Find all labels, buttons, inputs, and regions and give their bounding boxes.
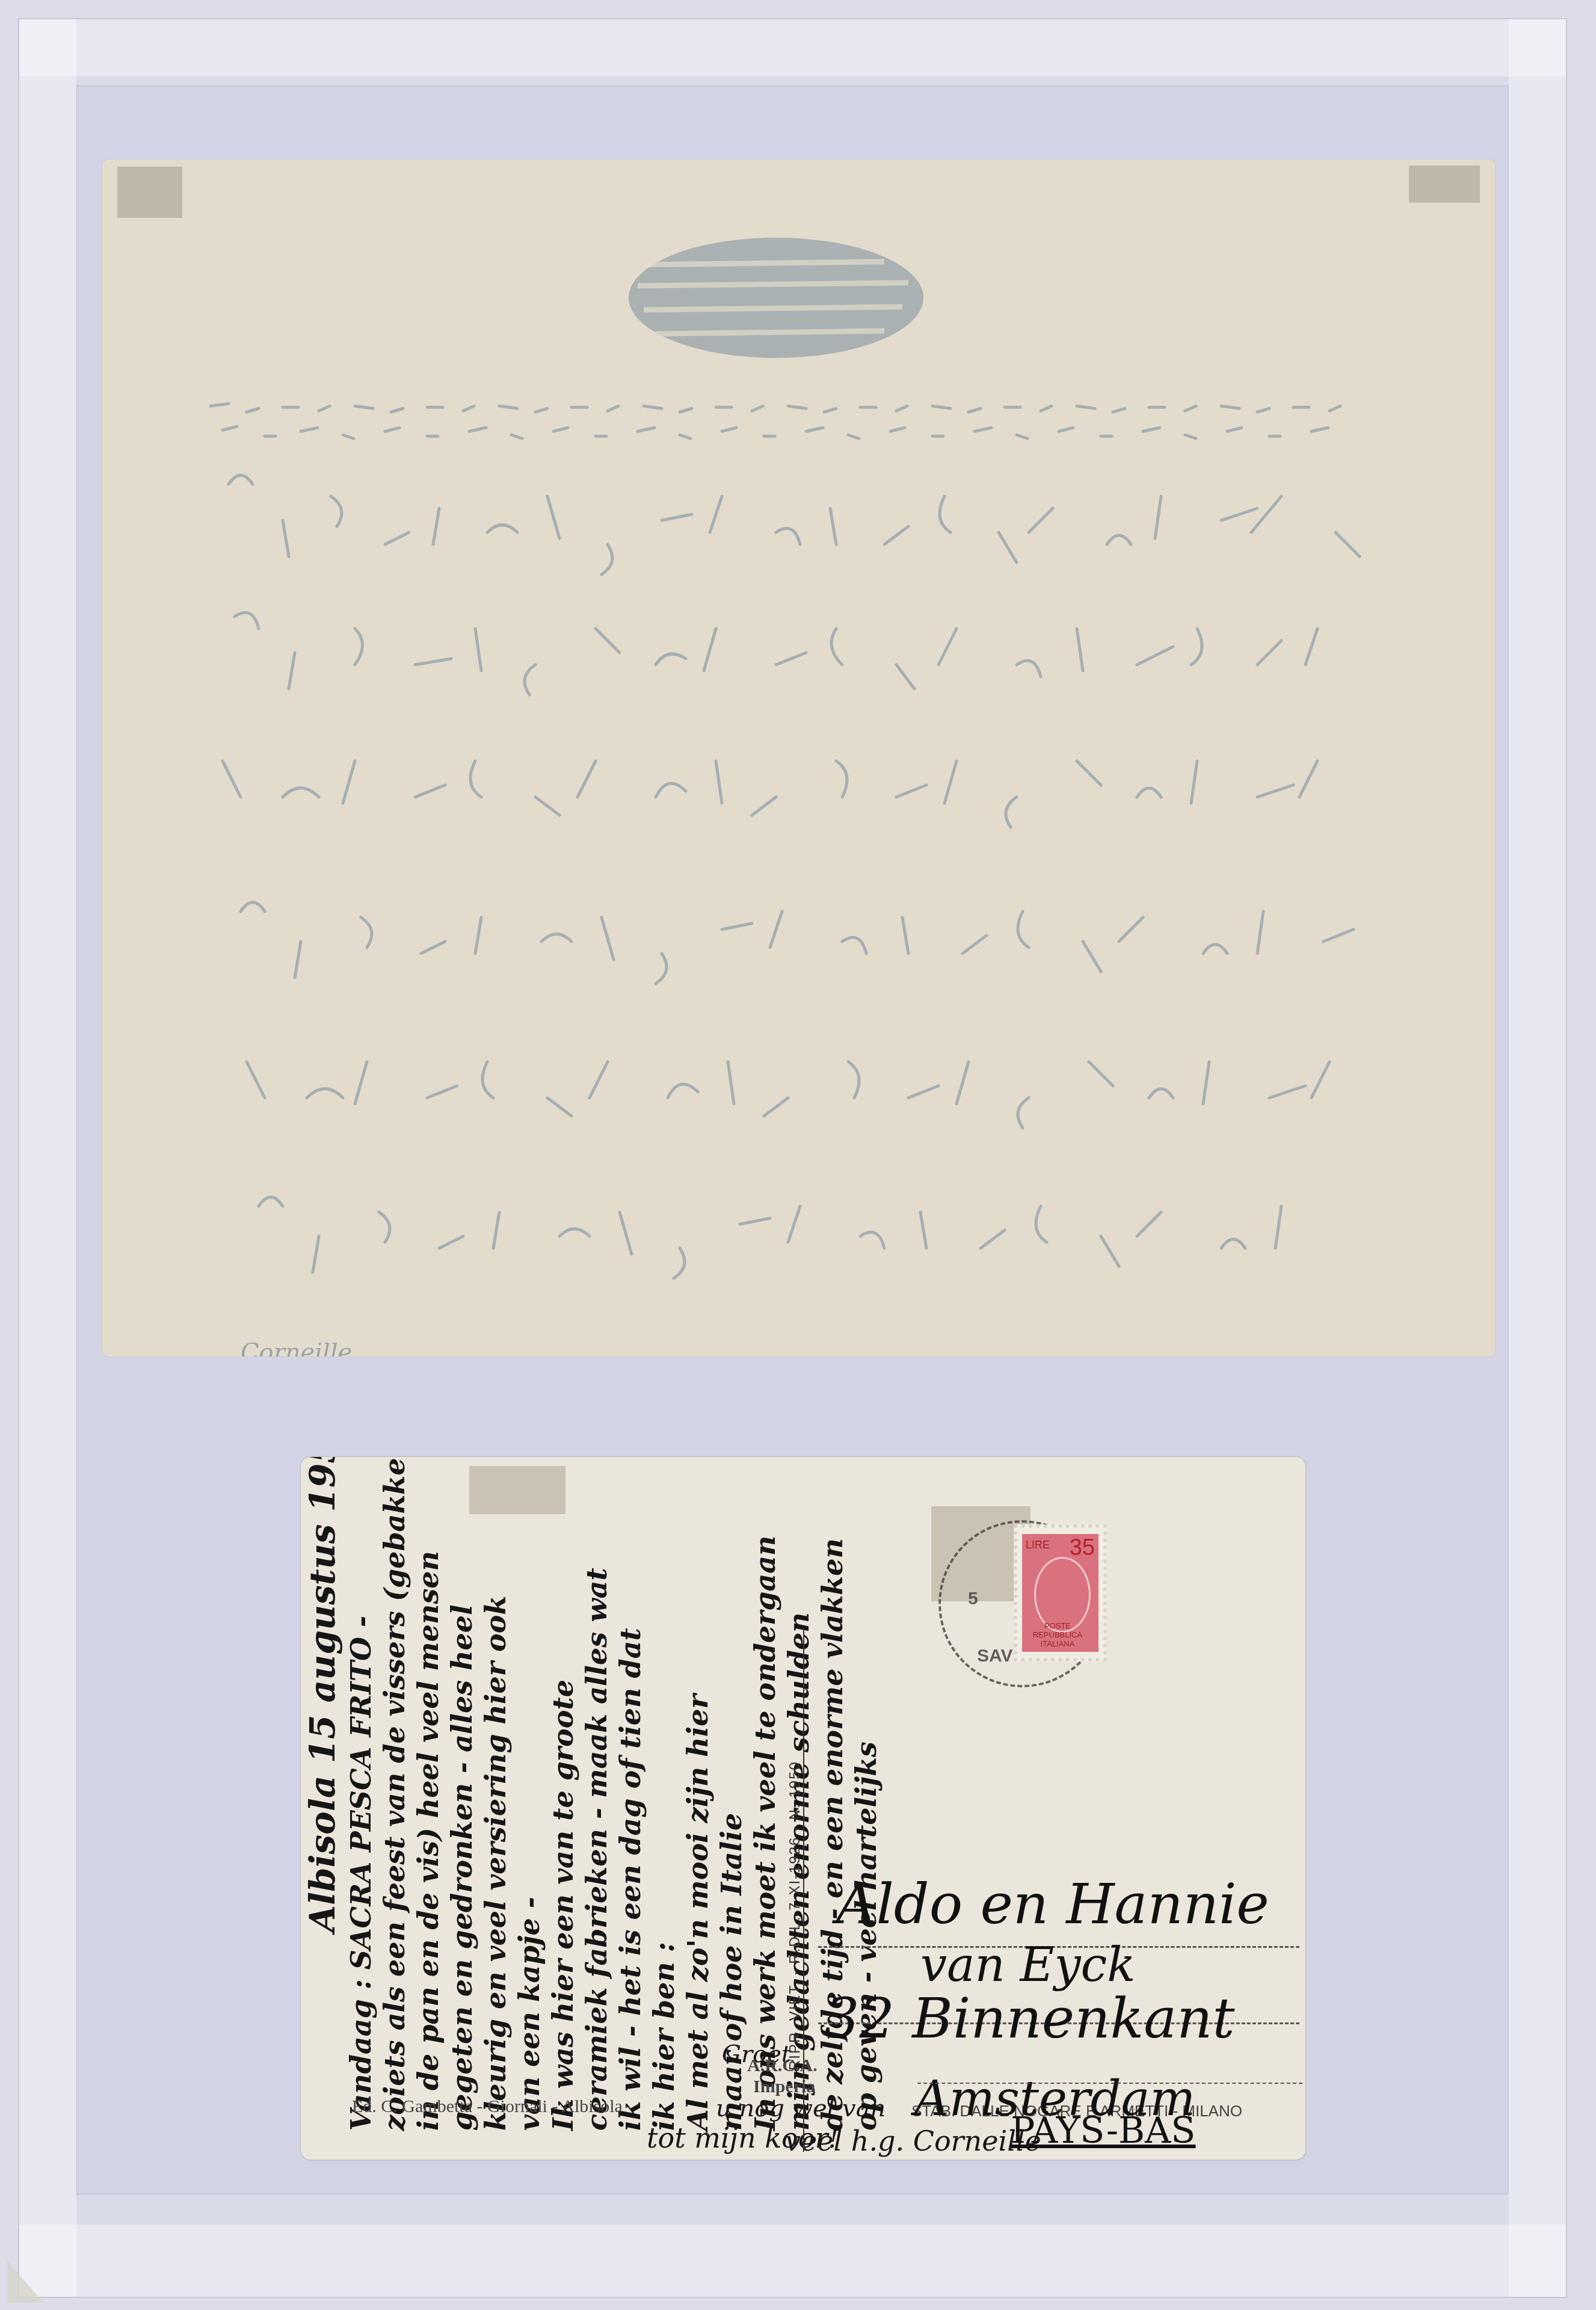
message-line: ik wil - het is een dag of tien dat — [614, 1469, 647, 2131]
drawing-sheet: Corneille — [102, 159, 1495, 1357]
address-recipient: Aldo en Hannie — [836, 1872, 1269, 1936]
artist-signature: Corneille — [241, 1338, 352, 1357]
address-street: 32 Binnenkant — [824, 1986, 1234, 2051]
postage-stamp: LIRE 35 POSTE REPUBBLICA ITALIANA — [1014, 1524, 1107, 1662]
message-line: Vandaag : SACRA PESCA FRITO - — [344, 1469, 378, 2131]
publisher-imperia: Imperia — [753, 2077, 815, 2097]
message-line: maar of hoe in Italie — [715, 1469, 748, 2131]
message-line: kleurig en veel versiering hier ook — [479, 1469, 513, 2131]
publisher-arca: A.R.C.A. — [747, 2056, 818, 2076]
message-line: In ons werk moet ik veel te ondergaan — [748, 1469, 782, 2131]
address-surname: van Eyck — [920, 1938, 1136, 1992]
perspex-rim-bottom — [19, 2225, 1566, 2297]
stamp-value: 35 — [1070, 1535, 1095, 1561]
drawing-marks — [102, 159, 1495, 1357]
vertical-imprint: RIPR. VIET. - R.D.L. 7-XI-1926 - N. 1950 — [787, 1761, 804, 2071]
address-rule — [917, 2083, 1302, 2084]
postcard: Albisola 15 augustus 1954 Vandaag : SACR… — [301, 1457, 1305, 2160]
stamp-text: POSTE REPUBBLICA ITALIANA — [1024, 1621, 1091, 1648]
message-line: zoiets als een feest van de vissers (geb… — [378, 1469, 411, 2131]
message-line: Al met al zo'n mooi zijn hier — [681, 1469, 715, 2131]
postmark-date: 5 — [968, 1589, 978, 1609]
message-line: Ik was hier een van te groote — [546, 1469, 580, 2131]
stamp-face: LIRE 35 POSTE REPUBBLICA ITALIANA — [1022, 1534, 1098, 1652]
side-note-van: u nog wel van — [716, 2095, 886, 2122]
message-line: ceramiek fabrieken - maak alles wat — [580, 1469, 614, 2131]
message-line: ik hier ben : — [647, 1469, 681, 2131]
perspex-rim-right — [1509, 19, 1566, 2297]
stamp-currency: LIRE — [1026, 1539, 1050, 1551]
perspex-rim-left — [19, 19, 76, 2297]
message-line: gegeten en gedronken - alles heel — [445, 1469, 479, 2131]
message-line: in de pan en de vis) heel veel mensen — [411, 1469, 445, 2131]
message-line: van een kapje - — [513, 1469, 546, 2131]
address-country: PAYS-BAS — [1011, 2110, 1195, 2152]
publisher-left: Ed. C. Gambetta - Giornali - Albisola — [352, 2096, 623, 2117]
perspex-rim-top — [19, 19, 1566, 76]
signoff: veel h.g. Corneille — [785, 2125, 1041, 2157]
message-heading: Albisola 15 augustus 1954 — [301, 1469, 344, 2131]
